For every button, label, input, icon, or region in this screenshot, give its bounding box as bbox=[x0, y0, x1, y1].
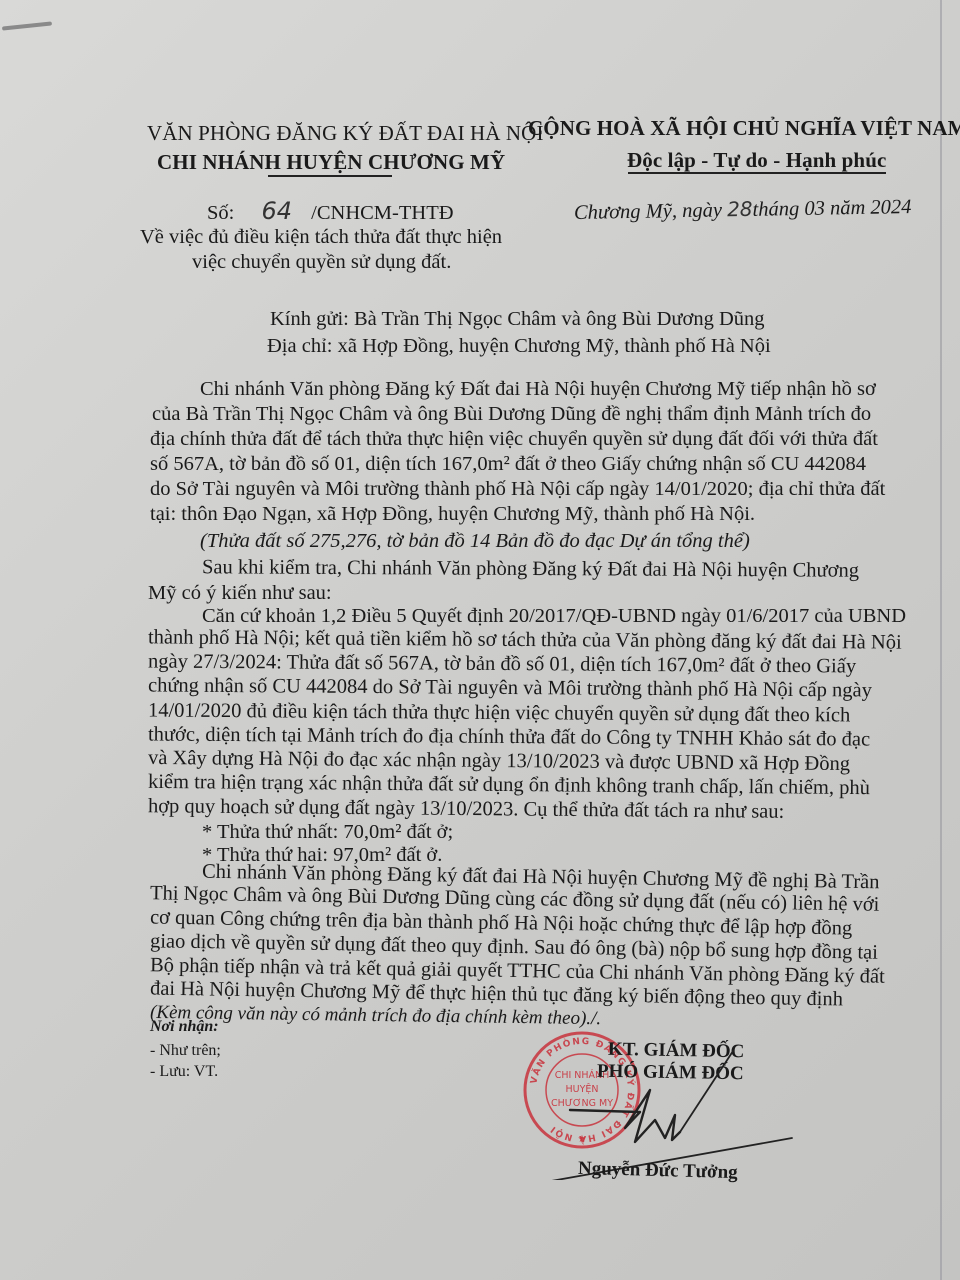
para1-line: do Sở Tài nguyên và Môi trường thành phố… bbox=[150, 478, 885, 501]
para1-note: (Thửa đất số 275,276, tờ bản đồ 14 Bản đ… bbox=[200, 530, 750, 553]
subject-line-2: việc chuyển quyền sử dụng đất. bbox=[192, 251, 451, 274]
para1-line: địa chính thửa đất để tách thửa thực hiệ… bbox=[150, 428, 878, 451]
agency-name: VĂN PHÒNG ĐĂNG KÝ ĐẤT ĐAI HÀ NỘI bbox=[147, 121, 544, 146]
subplot-1: * Thửa thứ nhất: 70,0m² đất ở; bbox=[202, 821, 453, 844]
noi-nhan-item: - Như trên; bbox=[150, 1042, 221, 1060]
national-motto: Độc lập - Tự do - Hạnh phúc bbox=[627, 148, 886, 173]
recipient-address: Địa chỉ: xã Hợp Đồng, huyện Chương Mỹ, t… bbox=[267, 335, 771, 358]
branch-name-text: CHI NHÁNH HUYỆN CHƯƠNG MỸ bbox=[157, 150, 505, 174]
para2-line: Mỹ có ý kiến như sau: bbox=[148, 582, 332, 605]
national-title: CỘNG HOÀ XÃ HỘI CHỦ NGHĨA VIỆT NAM bbox=[528, 116, 960, 141]
para3-line: Căn cứ khoản 1,2 Điều 5 Quyết định 20/20… bbox=[202, 605, 906, 628]
place-date-prefix: Chương Mỹ, ngày bbox=[574, 199, 727, 224]
para1-line: số 567A, tờ bản đồ số 01, diện tích 167,… bbox=[150, 453, 866, 476]
so-label: Số: bbox=[207, 202, 234, 224]
staple bbox=[2, 21, 52, 30]
para3-line: chứng nhận số CU 442084 do Sở Tài nguyên… bbox=[148, 674, 872, 702]
para2-line: Sau khi kiểm tra, Chi nhánh Văn phòng Đă… bbox=[202, 556, 859, 582]
page-edge bbox=[940, 0, 942, 1280]
place-date: Chương Mỹ, ngày 28tháng 03 năm 2024 bbox=[574, 195, 912, 224]
noi-nhan-item: - Lưu: VT. bbox=[150, 1063, 218, 1081]
branch-underline bbox=[268, 175, 392, 177]
so-suffix: /CNHCM-THTĐ bbox=[311, 202, 453, 224]
para1-line: của Bà Trần Thị Ngọc Châm và ông Bùi Dươ… bbox=[152, 403, 871, 426]
branch-name: CHI NHÁNH HUYỆN CHƯƠNG MỸ bbox=[157, 150, 505, 175]
handwritten-day: 28 bbox=[727, 197, 753, 221]
para3-line: ngày 27/3/2024: Thửa đất số 567A, tờ bản… bbox=[148, 651, 856, 678]
para3-line: thước, diện tích tại Mảnh trích đo địa c… bbox=[148, 723, 870, 751]
subject-line-1: Về việc đủ điều kiện tách thửa đất thực … bbox=[140, 226, 502, 249]
para1-line: tại: thôn Đạo Ngạn, xã Hợp Đồng, huyện C… bbox=[150, 503, 755, 526]
para3-line: 14/01/2020 đủ điều kiện tách thửa thực h… bbox=[148, 700, 850, 727]
motto-underline bbox=[628, 172, 886, 174]
para3-line: hợp quy hoạch sử dụng đất ngày 13/10/202… bbox=[148, 795, 784, 823]
handwritten-number: 64 bbox=[261, 197, 292, 225]
noi-nhan-label: Nơi nhận: bbox=[150, 1018, 219, 1036]
para3-line: thành phố Hà Nội; kết quả tiền kiểm hồ s… bbox=[148, 626, 902, 654]
place-date-suffix: tháng 03 năm 2024 bbox=[752, 196, 911, 221]
recipient-line: Kính gửi: Bà Trần Thị Ngọc Châm và ông B… bbox=[270, 308, 765, 331]
signer-name: Nguyễn Đức Tưởng bbox=[578, 1158, 738, 1184]
document-number: Số: 64 /CNHCM-THTĐ bbox=[207, 200, 454, 225]
para1-line: Chi nhánh Văn phòng Đăng ký Đất đai Hà N… bbox=[200, 378, 876, 401]
